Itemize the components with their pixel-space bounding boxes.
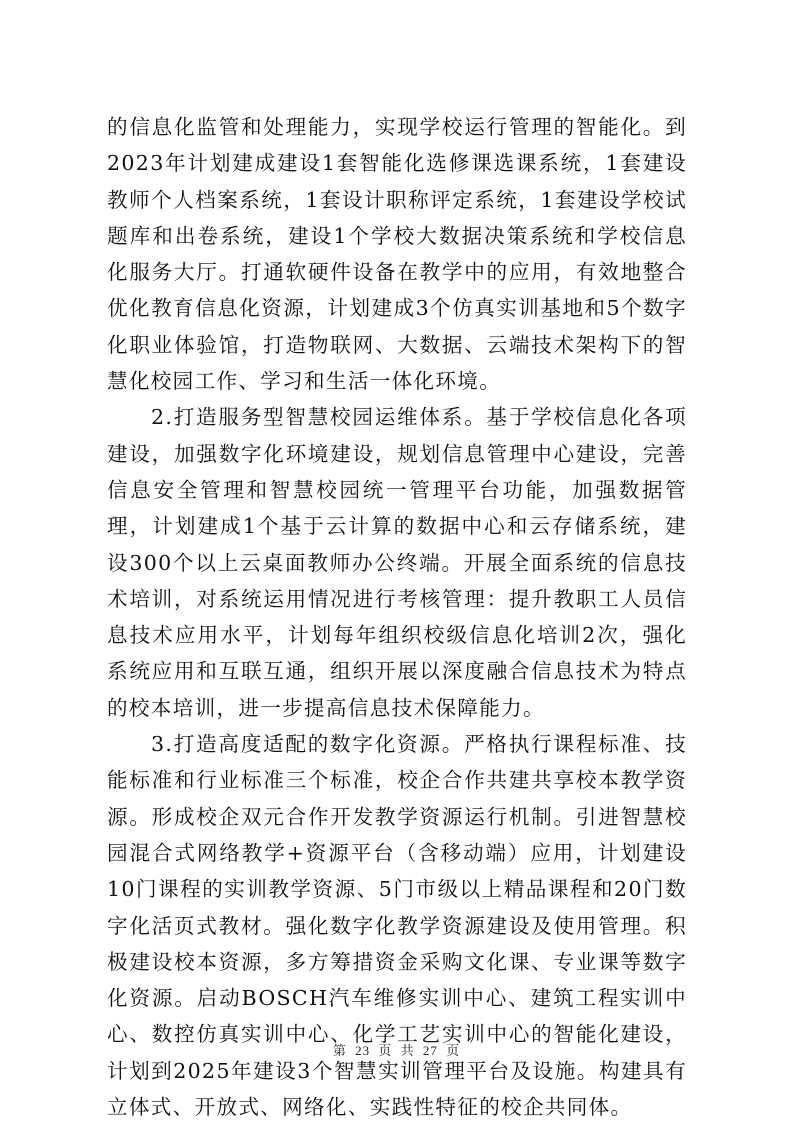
paragraph-item-2: 2.打造服务型智慧校园运维体系。基于学校信息化各项建设，加强数字化环境建设，规划… <box>107 399 687 726</box>
document-page: 的信息化监管和处理能力，实现学校运行管理的智能化。到2023年计划建成建设1套智… <box>0 0 793 1122</box>
paragraph-continuation: 的信息化监管和处理能力，实现学校运行管理的智能化。到2023年计划建成建设1套智… <box>107 109 687 399</box>
paragraph-item-3: 3.打造高度适配的数字化资源。严格执行课程标准、技能标准和行业标准三个标准，校企… <box>107 726 687 1122</box>
page-footer: 第 23 页 共 27 页 <box>0 1040 793 1059</box>
body-text: 的信息化监管和处理能力，实现学校运行管理的智能化。到2023年计划建成建设1套智… <box>107 109 687 1122</box>
